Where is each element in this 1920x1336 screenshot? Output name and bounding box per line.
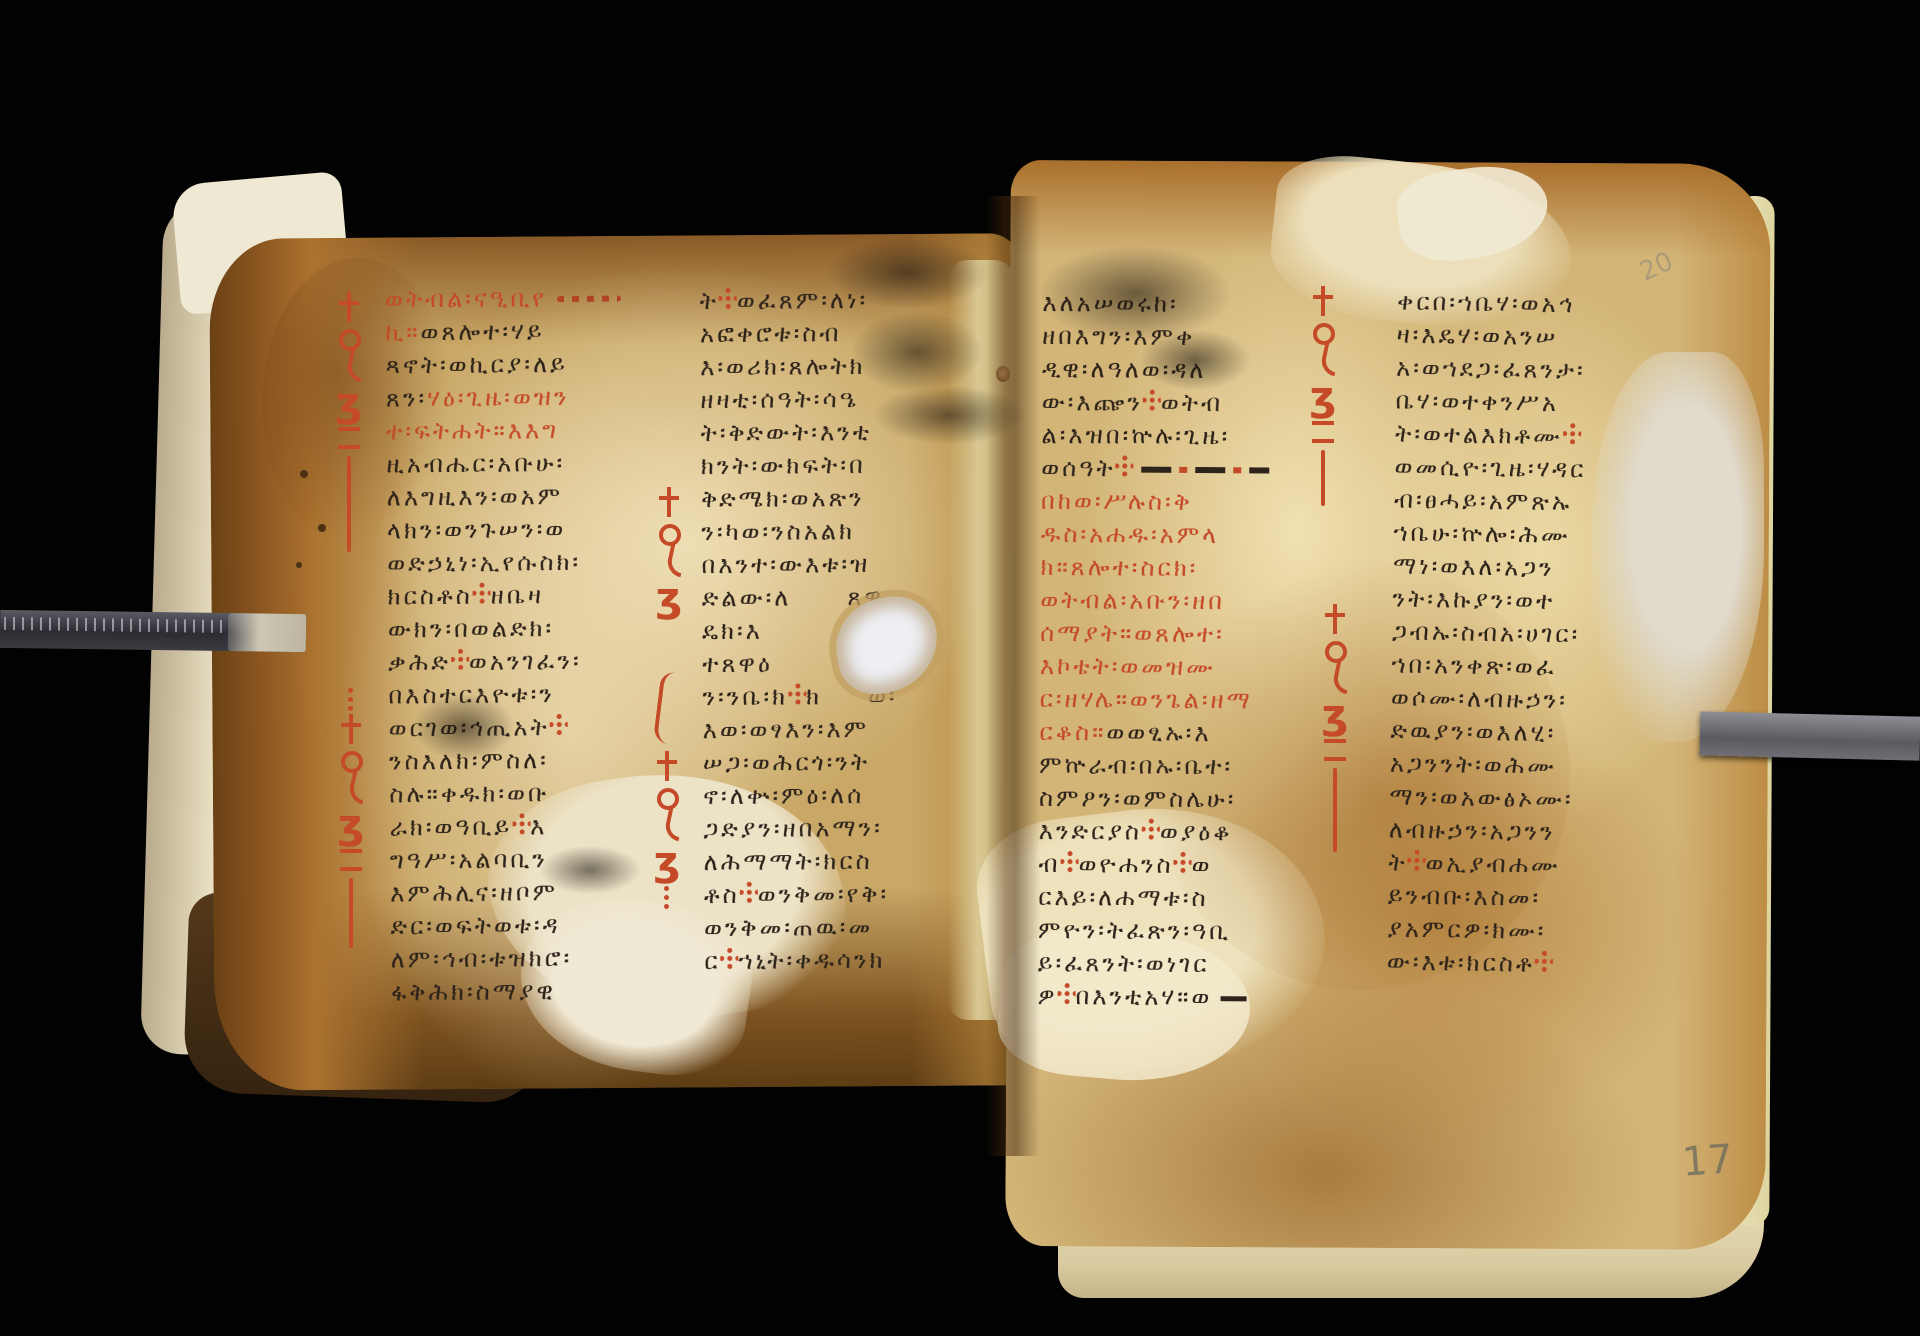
- text-line: ራክ፡ወዓቢይ፨እ: [389, 808, 739, 844]
- ink-smudge: [1140, 330, 1250, 390]
- text-line: እኮቴት፡ወመዝሙ: [1040, 650, 1350, 685]
- black-ink-text: ት፡ወተልእክቶሙ: [1395, 420, 1563, 451]
- ink-smudge: [540, 846, 640, 894]
- worm-hole: [300, 470, 308, 478]
- black-ink-text: ወያዕቆ: [1160, 818, 1233, 847]
- text-line: ቃሕድ፨ወአንገፈን፡: [388, 643, 738, 679]
- text-line: ሰማያት።ወጸሎተ፡: [1040, 617, 1350, 652]
- red-ink-text: ፨: [512, 812, 530, 834]
- black-ink-text: ት: [1388, 848, 1408, 876]
- dots-ornament-icon: [664, 886, 669, 891]
- squiggle-ornament-icon: ʒ: [335, 386, 362, 420]
- black-ink-text: ብ፡ፀሓይ፡አምጽኡ: [1394, 486, 1573, 517]
- black-ink-text: ለም፡ኅብ፡ቱዝክሮ፡: [391, 944, 573, 974]
- black-ink-text: ምኵራብ፡በኡ፡ቤተ፡: [1039, 751, 1233, 780]
- black-ink-text: ውክን፡በወልድክ፡: [388, 614, 555, 643]
- text-line: ክንት፡ውክፍት፡በ: [701, 448, 1031, 483]
- black-ink-text: ብ: [1038, 850, 1060, 878]
- black-ink-text: ወትብ: [1161, 389, 1223, 417]
- stroke-ornament-icon: [1321, 450, 1325, 506]
- black-ink-text: ምዮን፡ትፈጽን፡ዓቢ: [1038, 916, 1231, 945]
- red-ink-text: ሰማያት።ወጸሎተ፡: [1040, 619, 1225, 648]
- ink-smudge: [828, 238, 988, 308]
- text-line: እወ፡ወፃእን፡እም: [703, 712, 1033, 747]
- black-ink-text: ኀቤሁ፡ኵሎ፡ሕሙ: [1393, 519, 1570, 550]
- text-line: ኖ፡ለቍ፡ምዕ፡ለሰ: [703, 778, 1033, 813]
- text-line: ምኵራብ፡በኡ፡ቤተ፡: [1039, 749, 1349, 784]
- text-line: ወሰዓት፨: [1041, 452, 1351, 487]
- red-ink-text: ፨: [1535, 950, 1553, 972]
- red-ink-text: ር፡ዘሃሌ።ወንጌል፡ዘማ: [1040, 685, 1253, 714]
- ornament-cluster-right-intercolumn-upper: ʒ: [1310, 286, 1336, 506]
- black-ink-text: ት: [700, 287, 719, 315]
- black-ink-text: ወዮሐንስ: [1078, 850, 1173, 879]
- black-ink-text: ን፡ካወ፡ንስአልክ: [701, 517, 855, 546]
- red-ink-text: ፨: [1061, 850, 1079, 872]
- black-ink-text: ይ፡ፈጸንት፡ወነገር: [1038, 949, 1210, 978]
- curl-ornament-icon: [655, 788, 679, 838]
- black-ink-text: ድዉያን፡ወእለሂ፡: [1390, 716, 1556, 747]
- ornament-cluster-left-intercolumn-lower: ʒ: [654, 672, 680, 905]
- text-line: ቀርበ፡ኀቤሃ፡ወአኅ: [1397, 286, 1717, 324]
- hole-gap: [822, 703, 868, 704]
- text-line: ኀበ፡አንቀጽ፡ወፈ: [1391, 648, 1711, 686]
- black-ink-text: እምሕሊና፡ዘቦም: [390, 878, 558, 907]
- ink-smudge: [414, 694, 514, 760]
- text-line: ይንብቡ፡እስመ፡: [1388, 879, 1708, 917]
- black-ink-text: ግዓሥ፡አልባቢን: [390, 845, 548, 874]
- black-ink-text: ዚአብሔር፡አቡሁ፡: [386, 449, 565, 479]
- black-ink-text: ቀርበ፡ኀቤሃ፡ወአኅ: [1397, 288, 1576, 319]
- text-line: በከወ፡ሥሉስ፡ቅ: [1041, 485, 1351, 520]
- text-line: ማን፡ወአውፅኦሙ፡: [1389, 780, 1709, 818]
- text-line: ወንቅመ፡ጠዉ፡መ: [704, 910, 1034, 945]
- squiggle-ornament-icon: ʒ: [653, 845, 680, 879]
- text-line: ን፡ካወ፡ንስአልክ: [701, 514, 1031, 549]
- binding-stitch-knot: [996, 366, 1010, 382]
- curl-ornament-icon: [657, 524, 681, 574]
- black-ink-text: ሠጋ፡ወሕርጎ፡ንት: [703, 748, 870, 777]
- text-line: ው፡እጬን፨ወትብ: [1042, 386, 1352, 421]
- text-line: ርእይ፡ለሐማቱ፡ስ: [1038, 881, 1348, 916]
- worm-hole: [296, 562, 302, 568]
- red-ink-text: ፨: [1143, 389, 1161, 411]
- red-ink-text: ፨: [1057, 982, 1075, 1004]
- red-ink-text: ኪ።: [385, 318, 420, 346]
- black-ink-text: ማነ፡ወእለ፡አጋን: [1393, 551, 1555, 582]
- stroke-ornament-icon: [349, 878, 353, 948]
- red-ink-text: ፨: [550, 713, 568, 735]
- black-ink-text: ዴክ፡እ: [702, 617, 763, 645]
- text-line: ለም፡ኅብ፡ቱዝክሮ፡: [391, 940, 741, 976]
- black-ink-text: ዘቤዛ: [491, 581, 545, 609]
- ornament-cluster-left-intercolumn-upper: ʒ: [656, 487, 682, 615]
- text-line: ብ፡ፀሓይ፡አምጽኡ: [1394, 484, 1714, 522]
- black-ink-text: ኀበ፡አንቀጽ፡ወፈ: [1391, 650, 1557, 681]
- red-ink-text: በከወ፡ሥሉስ፡ቅ: [1041, 487, 1193, 516]
- text-line: ቶስ፨ወንቅመ፡የቅ፡: [704, 877, 1034, 912]
- black-ink-text: ለብዙኃን፡አጋንን: [1389, 815, 1556, 846]
- ink-smudge: [852, 312, 982, 392]
- gray-weight-strip: [1699, 711, 1920, 760]
- black-ink-text: ወኢያብሐሙ: [1425, 849, 1560, 879]
- black-ink-text: ወጸሎተ፡ሃይ: [420, 317, 544, 346]
- black-ink-text: ን፡ንቤ፡ክ: [702, 683, 788, 712]
- black-ink-text: ያአምርዎ፡ክሙ፡: [1387, 914, 1546, 944]
- text-line: ር፨ኀኒት፡ቀዱሳንክ: [704, 943, 1034, 978]
- red-ink-text: ፨: [720, 947, 738, 969]
- black-ink-text: ው፡እጬን: [1042, 388, 1143, 417]
- black-ink-text: ማን፡ወአውፅኦሙ፡: [1389, 782, 1574, 813]
- red-ink-text: ሃዕ፡ጊዜ፡ወዝን: [427, 383, 570, 412]
- red-ink-text: ፨: [1407, 849, 1425, 871]
- black-ink-text: ጸን፡: [386, 384, 428, 412]
- cross-ornament-icon: [339, 714, 363, 744]
- ornament-cluster-right-intercolumn-lower: ʒ: [1322, 604, 1348, 852]
- black-ink-text: ቅድሜክ፡ወአጽን: [701, 484, 865, 513]
- black-ink-text: ወንቅመ፡የቅ፡: [758, 880, 890, 909]
- curl-ornament-icon: [1323, 641, 1347, 691]
- ornament-cluster-left-margin-lower: ʒ: [338, 688, 364, 948]
- black-ink-text: ኖ፡ለቍ፡ምዕ፡ለሰ: [703, 781, 864, 810]
- black-ink-text: በእንቲአሃ።ወ: [1075, 982, 1212, 1011]
- text-line: ይ፡ፈጸንት፡ወነገር: [1038, 947, 1348, 982]
- squiggle-ornament-icon: ʒ: [1309, 380, 1336, 414]
- red-ink-text: ወትብል፡ናዒቢየ: [385, 284, 547, 313]
- black-ink-text: ለእግዚእን፡ወአም: [387, 482, 564, 512]
- text-line: ማነ፡ወእለ፡አጋን: [1393, 549, 1713, 587]
- black-ink-text: ክርስቶስ: [387, 582, 472, 611]
- ornament-cluster-left-margin-upper: ʒ: [336, 292, 362, 552]
- text-line: ለሕማማት፡ክርስ: [704, 844, 1034, 879]
- text-line: ተ፡ፍትሐት።እእግ: [386, 412, 736, 448]
- cross-ornament-icon: [655, 751, 679, 781]
- black-ink-text: ተጸዋዕ: [702, 650, 773, 678]
- ink-smudge: [874, 386, 1024, 444]
- squiggle-ornament-icon: ʒ: [1321, 698, 1348, 732]
- black-ink-text: ለሕማማት፡ክርስ: [704, 847, 873, 876]
- black-ink-text: ወወፂኡ፡እ: [1106, 718, 1211, 747]
- red-ink-text: ፨: [1142, 818, 1160, 840]
- text-line: ንት፡እኩያን፡ወተ: [1392, 582, 1712, 620]
- text-line: ወሶሙ፡ለብዙኃን፡: [1391, 681, 1711, 719]
- text-line: ት፨ወኢያብሐሙ: [1388, 846, 1708, 884]
- text-line: አጋንንት፡ወሕሙ: [1390, 747, 1710, 785]
- black-ink-text: ርእይ፡ለሐማቱ፡ስ: [1038, 883, 1209, 912]
- divider-mark: [1142, 467, 1270, 474]
- text-line: በእንተ፡ውእቱ፡ዝ: [701, 547, 1031, 582]
- stroke-ornament-icon: [1333, 768, 1337, 852]
- text-line: ሠጋ፡ወሕርጎ፡ንት: [703, 745, 1033, 780]
- black-ink-text: ር: [704, 947, 720, 975]
- right-page-column-2: ቀርበ፡ኀቤሃ፡ወአኅዛ፡እዴሃ፡ወአንሠአ፡ወኀደጋ፡ፈጸንታ፡ቤሃ፡ወተቀን…: [1387, 286, 1718, 984]
- black-ink-text: ፋቅሕክ፡ስማያዊ: [391, 977, 556, 1006]
- black-ink-text: ቃሕድ: [388, 648, 451, 677]
- red-ink-text: ፨: [719, 287, 737, 309]
- squiggle-ornament-icon: ʒ: [655, 581, 682, 615]
- left-page-column-1: ወትብል፡ናዒቢየኪ።ወጸሎተ፡ሃይጻኖት፡ወኪርያ፡ለይጸን፡ሃዕ፡ጊዜ፡ወዝ…: [385, 280, 741, 1009]
- curl-ornament-icon: [337, 329, 361, 379]
- black-ink-text: ይንብቡ፡እስመ፡: [1388, 881, 1542, 911]
- cross-ornament-icon: [1311, 286, 1335, 316]
- red-ink-text: ፨: [451, 648, 469, 670]
- black-ink-text: ክንት፡ውክፍት፡በ: [701, 451, 866, 480]
- black-ink-text: ጋብኡ፡ስብአ፡ሀገር፡: [1392, 617, 1581, 648]
- doublebar-ornament-icon: [338, 427, 360, 449]
- text-line: ዎ፨በእንቲአሃ።ወ: [1037, 980, 1347, 1015]
- black-ink-text: ዛ፡እዴሃ፡ወአንሠ: [1396, 321, 1558, 352]
- right-page-column-1: እለአሠወሩከ፡ዘበእግን፡እምቀዲዊ፡ለዓለወ፡ዳለው፡እጬን፨ወትብል፡እዝ…: [1037, 287, 1352, 1015]
- text-line: ውክን፡በወልድክ፡: [388, 610, 738, 646]
- cross-ornament-icon: [1323, 604, 1347, 634]
- text-line: ኪ።ወጸሎተ፡ሃይ: [385, 313, 735, 349]
- text-line: ወመሲዮ፡ጊዜ፡ሃዳር: [1394, 451, 1714, 489]
- black-ink-text: ራክ፡ወዓቢይ: [389, 812, 512, 841]
- text-line: ዱስ፡አሐዱ፡አምላ: [1041, 518, 1351, 553]
- text-line: ርቆስ።ወወፂኡ፡እ: [1039, 716, 1349, 751]
- text-line: ዚአብሔር፡አቡሁ፡: [386, 445, 736, 481]
- squiggle-ornament-icon: ʒ: [337, 808, 364, 842]
- black-ink-text: ወአንገፈን፡: [469, 647, 582, 676]
- black-ink-text: እንድርያስ: [1039, 817, 1142, 846]
- black-ink-text: እ: [530, 812, 547, 840]
- black-ink-text: በእንተ፡ውእቱ፡ዝ: [701, 550, 870, 579]
- curve-ornament-icon: [652, 671, 681, 745]
- black-ink-text: አፎቀሮቱ፡ስብ: [700, 319, 842, 348]
- text-line: ወትብል፡አቡን፡ዘበ: [1040, 584, 1350, 619]
- black-ink-text: ጻኖት፡ወኪርያ፡ለይ: [385, 350, 568, 380]
- red-ink-text: ፨: [1174, 851, 1192, 873]
- dots-ornament-icon: [348, 688, 353, 693]
- text-line: ጸን፡ሃዕ፡ጊዜ፡ወዝን: [386, 379, 736, 415]
- text-line: ለእግዚእን፡ወአም: [387, 478, 737, 514]
- red-ink-text: ፨: [740, 881, 758, 903]
- curl-ornament-icon: [1311, 323, 1335, 373]
- cross-ornament-icon: [337, 292, 361, 322]
- cross-ornament-icon: [657, 487, 681, 517]
- text-line: ስምዖን፡ወምስሌሁ፡: [1039, 782, 1349, 817]
- black-ink-text: ወሰዓት: [1041, 454, 1116, 483]
- black-ink-text: ቶስ: [704, 881, 740, 909]
- black-ink-text: ት፡ቅድውት፡እንቲ: [701, 418, 873, 447]
- black-ink-text: ድር፡ወፍትወቱ፡ዳ: [390, 911, 560, 940]
- worm-hole: [318, 524, 326, 532]
- text-line: ድዉያን፡ወእለሂ፡: [1390, 714, 1710, 752]
- ink-smudge: [1040, 246, 1230, 341]
- text-line: ቅድሜክ፡ወአጽን: [701, 481, 1031, 516]
- black-ink-text: ክ: [806, 682, 822, 710]
- folio-number-pencil: 17: [1680, 1136, 1734, 1185]
- text-line: ር፡ዘሃሌ።ወንጌል፡ዘማ: [1040, 683, 1350, 718]
- red-ink-text: ወትብል፡አቡን፡ዘበ: [1040, 586, 1225, 615]
- manuscript-photo: { "meta": { "subject": "Open Ethiopic (G…: [0, 0, 1920, 1336]
- black-ink-text: ወንቅመ፡ጠዉ፡መ: [704, 913, 873, 942]
- text-line: ላክን፡ወንጉሠን፡ወ: [387, 511, 737, 547]
- black-ink-text: ዘዛቲ፡ሰዓት፡ሳዔ: [700, 385, 859, 414]
- stroke-ornament-icon: [347, 456, 351, 552]
- doublebar-ornament-icon: [1312, 421, 1334, 443]
- red-ink-text: ፨: [1116, 454, 1134, 476]
- text-line: ጻኖት፡ወኪርያ፡ለይ: [385, 346, 735, 382]
- doublebar-ornament-icon: [340, 849, 362, 871]
- text-line: ወትብል፡ናዒቢየ: [385, 280, 735, 316]
- black-ink-text: ንት፡እኩያን፡ወተ: [1392, 584, 1555, 615]
- text-line: ኀቤሁ፡ኵሎ፡ሕሙ: [1393, 517, 1713, 555]
- black-ink-text: ል፡እዝበ፡ኵሉ፡ጊዜ፡: [1041, 421, 1230, 450]
- black-ink-text: አ፡ወኀደጋ፡ፈጸንታ፡: [1396, 354, 1586, 385]
- red-ink-text: ፨: [1563, 422, 1581, 444]
- black-ink-text: ጋድያን፡ዘበአማን፡: [703, 814, 883, 843]
- red-ink-text: እኮቴት፡ወመዝሙ: [1040, 652, 1216, 681]
- text-line: ስሉ።ቀዱክ፡ወቡ: [389, 775, 739, 811]
- text-line: ብ፨ወዮሐንስ፨ወ: [1038, 848, 1348, 883]
- black-ink-text: ኀኒት፡ቀዱሳንክ: [738, 946, 885, 975]
- text-line: ው፡እቱ፡ክርስቶ፨: [1387, 945, 1707, 983]
- black-ink-text: እወ፡ወፃእን፡እም: [703, 715, 870, 744]
- text-line: አ፡ወኀደጋ፡ፈጸንታ፡: [1396, 352, 1716, 390]
- text-line: ቤሃ፡ወተቀንሥአ: [1395, 385, 1715, 423]
- text-line: ጋድያን፡ዘበአማን፡: [703, 811, 1033, 846]
- black-ink-text: ቤሃ፡ወተቀንሥአ: [1395, 387, 1559, 418]
- text-line: እንድርያስ፨ወያዕቆ: [1039, 815, 1349, 850]
- curl-ornament-icon: [339, 751, 363, 801]
- text-line: ት፡ወተልእክቶሙ፨: [1395, 418, 1715, 456]
- text-line: ድር፡ወፍትወቱ፡ዳ: [390, 907, 740, 943]
- hole-gap: [791, 604, 847, 605]
- transparent-ruler-strip: [0, 610, 306, 652]
- dotsdash-mark: [557, 295, 621, 302]
- text-line: ምዮን፡ትፈጽን፡ዓቢ: [1038, 914, 1348, 949]
- black-ink-text: ላክን፡ወንጉሠን፡ወ: [387, 515, 566, 545]
- text-line: ያአምርዎ፡ክሙ፡: [1387, 912, 1707, 950]
- black-ink-text: ወመሲዮ፡ጊዜ፡ሃዳር: [1394, 453, 1586, 484]
- black-ink-text: ው፡እቱ፡ክርስቶ: [1387, 947, 1535, 977]
- black-ink-text: ዎ: [1037, 982, 1057, 1010]
- text-line: ጋብኡ፡ስብአ፡ሀገር፡: [1392, 615, 1712, 653]
- red-ink-text: ክ።ጸሎተ፡ስርክ፡: [1040, 553, 1198, 582]
- black-ink-text: ስሉ።ቀዱክ፡ወቡ: [389, 779, 549, 808]
- doublebar-ornament-icon: [1324, 739, 1346, 761]
- black-ink-text: ወ: [1192, 851, 1213, 879]
- red-ink-text: ተ፡ፍትሐት።እእግ: [386, 416, 559, 446]
- red-ink-text: ዱስ፡አሐዱ፡አምላ: [1041, 520, 1220, 549]
- text-line: ዛ፡እዴሃ፡ወአንሠ: [1396, 319, 1716, 357]
- red-ink-text: ፨: [788, 682, 806, 704]
- red-ink-text: ፨: [473, 582, 491, 604]
- text-line: ክርስቶስ፨ዘቤዛ: [387, 577, 737, 613]
- black-ink-text: እ፡ወሪክ፡ጸሎትክ: [700, 352, 866, 381]
- black-ink-text: ወድኃኒነ፡ኢየሱስክ፡: [387, 548, 581, 578]
- text-line: ፋቅሕክ፡ስማያዊ: [391, 973, 741, 1009]
- black-ink-text: ድልው፡ለ: [702, 584, 792, 613]
- black-ink-text: አጋንንት፡ወሕሙ: [1390, 749, 1557, 780]
- red-ink-text: ርቆስ።: [1039, 718, 1106, 746]
- text-line: ል፡እዝበ፡ኵሉ፡ጊዜ፡: [1041, 419, 1351, 454]
- black-ink-text: ወሶሙ፡ለብዙኃን፡: [1391, 683, 1568, 714]
- dash-mark: [1220, 996, 1246, 1001]
- text-line: ክ።ጸሎተ፡ስርክ፡: [1040, 551, 1350, 586]
- text-line: ለብዙኃን፡አጋንን: [1389, 813, 1709, 851]
- black-ink-text: ስምዖን፡ወምስሌሁ፡: [1039, 784, 1237, 813]
